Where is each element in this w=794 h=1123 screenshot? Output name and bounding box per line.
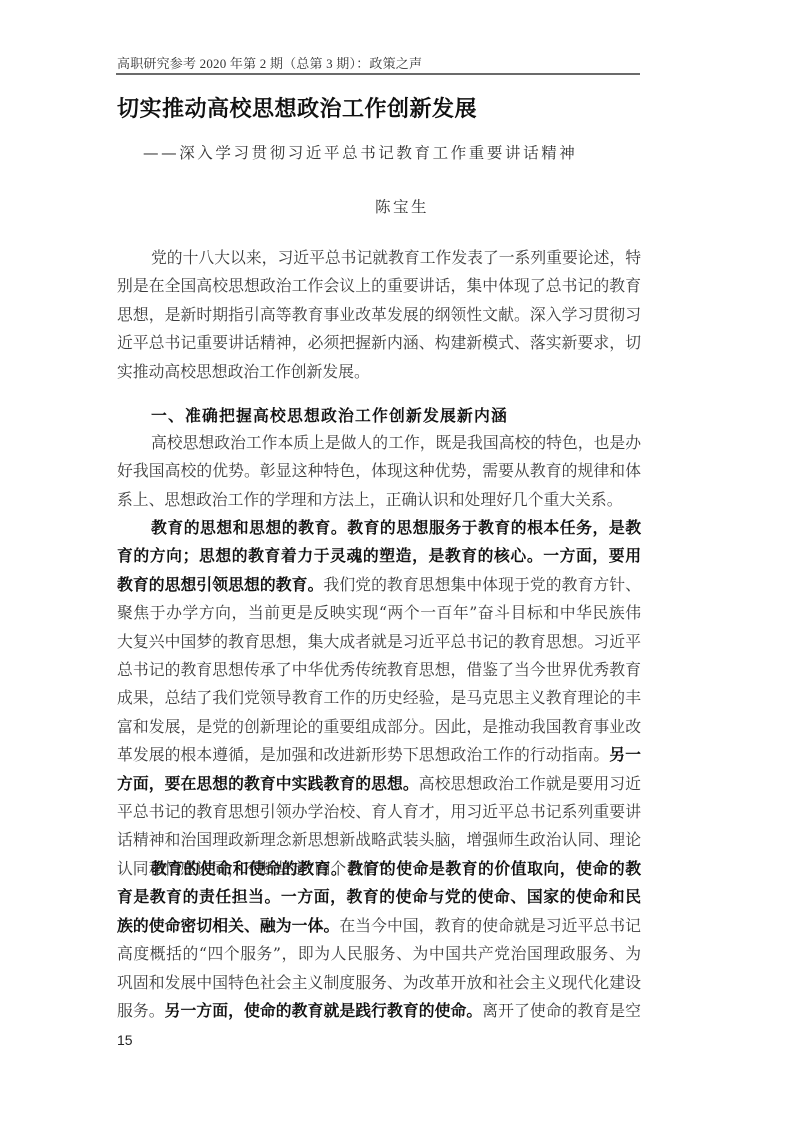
text-run: 富和发展，是党的创新理论的重要组成部分。因此，是推动我国教育事业改 bbox=[117, 717, 641, 736]
text-line: 服务。另一方面，使命的教育就是践行教育的使命。离开了使命的教育是空 bbox=[117, 997, 641, 1025]
bold-text-run: 教育的思想引领思想的教育。 bbox=[117, 575, 323, 594]
text-run: 成果，总结了我们党领导教育工作的历史经验，是马克思主义教育理论的丰 bbox=[117, 688, 641, 707]
text-line: 别是在全国高校思想政治工作会议上的重要讲话，集中体现了总书记的教育 bbox=[117, 272, 641, 300]
text-run: 我们党的教育思想集中体现于党的教育方针、 bbox=[323, 575, 641, 594]
text-line: 成果，总结了我们党领导教育工作的历史经验，是马克思主义教育理论的丰 bbox=[117, 684, 641, 712]
text-line: 话精神和治国理政新理念新思想新战略武装头脑，增强师生政治认同、理论 bbox=[117, 826, 641, 854]
text-run: 聚焦于办学方向，当前更是反映实现“两个一百年”奋斗目标和中华民族伟 bbox=[117, 603, 641, 622]
text-run: 高校思想政治工作就是要用习近 bbox=[419, 774, 641, 793]
bold-text-run: 育是教育的责任担当。一方面，教育的使命与党的使命、国家的使命和民 bbox=[117, 887, 641, 906]
text-line: 教育的思想引领思想的教育。我们党的教育思想集中体现于党的教育方针、 bbox=[117, 571, 641, 599]
text-run: 高度概括的“四个服务”，即为人民服务、为中国共产党治国理政服务、为 bbox=[117, 944, 641, 963]
article-subtitle: ——深入学习贯彻习近平总书记教育工作重要讲话精神 bbox=[143, 141, 577, 163]
text-run: 离开了使命的教育是空 bbox=[482, 1001, 641, 1020]
text-line: 方面，要在思想的教育中实践教育的思想。高校思想政治工作就是要用习近 bbox=[117, 770, 641, 798]
text-run: 巩固和发展中国特色社会主义制度服务、为改革开放和社会主义现代化建设 bbox=[117, 973, 641, 992]
text-line: 党的十八大以来，习近平总书记就教育工作发表了一系列重要论述，特 bbox=[117, 244, 641, 272]
text-run: 实推动高校思想政治工作创新发展。 bbox=[117, 362, 370, 381]
bold-text-run: 另一方面，使命的教育就是践行教育的使命。 bbox=[165, 1001, 483, 1020]
section-heading: 一、准确把握高校思想政治工作创新发展新内涵 bbox=[151, 402, 508, 430]
bold-text-run: 方面，要在思想的教育中实践教育的思想。 bbox=[117, 774, 419, 793]
text-line: 教育的使命和使命的教育。教育的使命是教育的价值取向，使命的教 bbox=[117, 855, 641, 883]
intro-paragraph: 党的十八大以来，习近平总书记就教育工作发表了一系列重要论述，特别是在全国高校思想… bbox=[117, 244, 641, 386]
text-line: 大复兴中国梦的教育思想，集大成者就是习近平总书记的教育思想。习近平 bbox=[117, 628, 641, 656]
text-run: 在当今中国，教育的使命就是习近平总书记 bbox=[339, 916, 641, 935]
text-line: 育是教育的责任担当。一方面，教育的使命与党的使命、国家的使命和民 bbox=[117, 883, 641, 911]
text-run: 大复兴中国梦的教育思想，集大成者就是习近平总书记的教育思想。习近平 bbox=[117, 632, 641, 651]
text-run: 服务。 bbox=[117, 1001, 165, 1020]
text-run: 话精神和治国理政新理念新思想新战略武装头脑，增强师生政治认同、理论 bbox=[117, 830, 641, 849]
section-1-paragraph-1: 高校思想政治工作本质上是做人的工作，既是我国高校的特色，也是办好我国高校的优势。… bbox=[117, 429, 641, 514]
text-run: 好我国高校的优势。彰显这种特色，体现这种优势，需要从教育的规律和体 bbox=[117, 461, 641, 480]
text-run: 思想，是新时期指引高等教育事业改革发展的纲领性文献。深入学习贯彻习 bbox=[117, 305, 641, 324]
section-1-paragraph-3: 教育的使命和使命的教育。教育的使命是教育的价值取向，使命的教育是教育的责任担当。… bbox=[117, 855, 641, 1025]
bold-text-run: 族的使命密切相关、融为一体。 bbox=[117, 916, 339, 935]
text-line: 实推动高校思想政治工作创新发展。 bbox=[117, 358, 641, 386]
text-run: 近平总书记重要讲话精神，必须把握新内涵、构建新模式、落实新要求，切 bbox=[117, 333, 641, 352]
text-run: 平总书记的教育思想引领办学治校、育人育才，用习近平总书记系列重要讲 bbox=[117, 802, 641, 821]
text-run: 系上、思想政治工作的学理和方法上，正确认识和处理好几个重大关系。 bbox=[117, 490, 623, 509]
article-title: 切实推动高校思想政治工作创新发展 bbox=[117, 92, 477, 123]
page-number: 15 bbox=[117, 1032, 133, 1048]
text-line: 教育的思想和思想的教育。教育的思想服务于教育的根本任务，是教 bbox=[117, 514, 641, 542]
text-line: 育的方向；思想的教育着力于灵魂的塑造，是教育的核心。一方面，要用 bbox=[117, 542, 641, 570]
text-line: 革发展的根本遵循，是加强和改进新形势下思想政治工作的行动指南。另一 bbox=[117, 741, 641, 769]
text-run: 党的十八大以来，习近平总书记就教育工作发表了一系列重要论述，特 bbox=[151, 248, 641, 267]
text-line: 族的使命密切相关、融为一体。在当今中国，教育的使命就是习近平总书记 bbox=[117, 912, 641, 940]
text-line: 高校思想政治工作本质上是做人的工作，既是我国高校的特色，也是办 bbox=[117, 429, 641, 457]
text-line: 聚焦于办学方向，当前更是反映实现“两个一百年”奋斗目标和中华民族伟 bbox=[117, 599, 641, 627]
text-line: 好我国高校的优势。彰显这种特色，体现这种优势，需要从教育的规律和体 bbox=[117, 457, 641, 485]
bold-text-run: 另一 bbox=[609, 745, 641, 764]
bold-text-run: 教育的思想和思想的教育。教育的思想服务于教育的根本任务，是教 bbox=[151, 518, 641, 537]
bold-text-run: 育的方向；思想的教育着力于灵魂的塑造，是教育的核心。一方面，要用 bbox=[117, 546, 641, 565]
section-1-paragraph-2: 教育的思想和思想的教育。教育的思想服务于教育的根本任务，是教育的方向；思想的教育… bbox=[117, 514, 641, 883]
text-line: 思想，是新时期指引高等教育事业改革发展的纲领性文献。深入学习贯彻习 bbox=[117, 301, 641, 329]
text-line: 富和发展，是党的创新理论的重要组成部分。因此，是推动我国教育事业改 bbox=[117, 713, 641, 741]
text-run: 别是在全国高校思想政治工作会议上的重要讲话，集中体现了总书记的教育 bbox=[117, 276, 641, 295]
document-page: 高职研究参考 2020 年第 2 期（总第 3 期）：政策之声 切实推动高校思想… bbox=[0, 0, 794, 1123]
header-rule bbox=[116, 73, 640, 75]
text-run: 总书记的教育思想传承了中华优秀传统教育思想，借鉴了当今世界优秀教育 bbox=[117, 660, 641, 679]
text-line: 巩固和发展中国特色社会主义制度服务、为改革开放和社会主义现代化建设 bbox=[117, 969, 641, 997]
bold-text-run: 教育的使命和使命的教育。教育的使命是教育的价值取向，使命的教 bbox=[151, 859, 641, 878]
text-line: 平总书记的教育思想引领办学治校、育人育才，用习近平总书记系列重要讲 bbox=[117, 798, 641, 826]
article-author: 陈宝生 bbox=[0, 195, 794, 217]
text-line: 总书记的教育思想传承了中华优秀传统教育思想，借鉴了当今世界优秀教育 bbox=[117, 656, 641, 684]
text-run: 高校思想政治工作本质上是做人的工作，既是我国高校的特色，也是办 bbox=[151, 433, 641, 452]
text-line: 高度概括的“四个服务”，即为人民服务、为中国共产党治国理政服务、为 bbox=[117, 940, 641, 968]
running-header: 高职研究参考 2020 年第 2 期（总第 3 期）：政策之声 bbox=[117, 53, 422, 72]
text-run: 革发展的根本遵循，是加强和改进新形势下思想政治工作的行动指南。 bbox=[117, 745, 609, 764]
text-line: 系上、思想政治工作的学理和方法上，正确认识和处理好几个重大关系。 bbox=[117, 486, 641, 514]
text-line: 近平总书记重要讲话精神，必须把握新内涵、构建新模式、落实新要求，切 bbox=[117, 329, 641, 357]
